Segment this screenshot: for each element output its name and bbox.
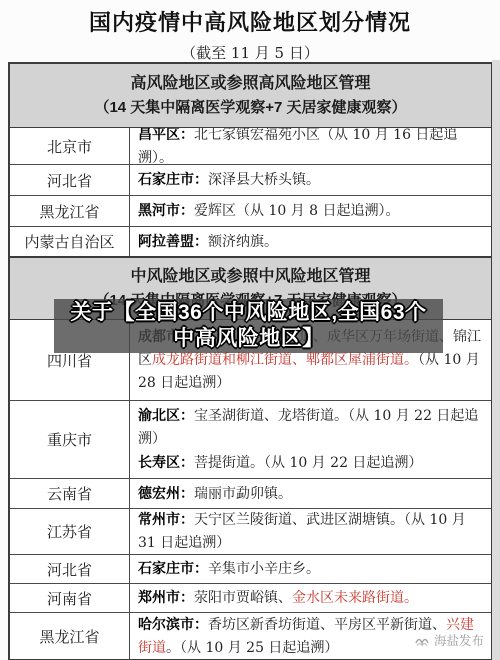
province-cell: 江苏省	[10, 509, 130, 554]
province-cell: 北京市	[10, 128, 130, 164]
province-cell: 云南省	[10, 479, 130, 508]
region-name: 黑河市：	[138, 202, 194, 218]
province-cell: 河北省	[10, 165, 130, 195]
detail-cell: 德宏州：瑞丽市勐卯镇。	[130, 480, 491, 508]
province-cell: 河北省	[10, 555, 130, 583]
high-risk-header-line2: （14 天集中隔离医学观察+7 天居家健康观察）	[94, 96, 406, 120]
region-name: 阿拉善盟：	[138, 233, 208, 249]
detail-cell: 阿拉善盟：额济纳旗。	[130, 228, 491, 256]
region-name: 德宏州：	[138, 485, 194, 501]
province-cell: 重庆市	[10, 401, 130, 478]
area-text: 额济纳旗。	[208, 234, 278, 250]
medium-risk-rows: 四川省成都市： 道、成华区万年场街道、锦江区成龙路街道和柳江街道、郫都区犀浦街道…	[10, 320, 491, 659]
area-text: 香坊区新香坊街道、平房区平新街道、	[208, 617, 446, 633]
wave-logo-icon	[414, 634, 430, 647]
table-row: 内蒙古自治区阿拉善盟：额济纳旗。	[10, 226, 491, 256]
detail-paragraph: 德宏州：瑞丽市勐卯镇。	[138, 482, 487, 506]
detail-paragraph: 石家庄市：辛集市小辛庄乡。	[138, 557, 487, 581]
region-name: 昌平区：	[138, 128, 194, 142]
detail-cell: 石家庄市：深泽县大桥头镇。	[130, 166, 491, 194]
table-row: 河北省石家庄市：深泽县大桥头镇。	[10, 164, 491, 195]
region-name: 石家庄市：	[138, 560, 208, 576]
area-text: 瑞丽市勐卯镇。	[194, 486, 292, 502]
region-name: 郑州市：	[138, 589, 194, 605]
area-text: 。（从 10 月 25 日起追溯）	[166, 640, 338, 656]
province-cell: 黑龙江省	[10, 613, 130, 659]
region-name: 常州市：	[138, 511, 194, 527]
area-text: 荥阳市贾峪镇、	[194, 590, 292, 606]
region-name: 石家庄市：	[138, 171, 208, 187]
region-name: 渝北区：	[138, 407, 194, 423]
medium-risk-header-line1: 中风险地区或参照中风险地区管理	[130, 264, 370, 289]
highlighted-area: 金水区未来路街道。	[292, 590, 418, 606]
table-row: 河南省郑州市：荥阳市贾峪镇、金水区未来路街道。	[10, 583, 491, 612]
photo-edge-strip	[492, 60, 500, 660]
detail-paragraph: 郑州市：荥阳市贾峪镇、金水区未来路街道。	[138, 586, 487, 610]
region-name: 长寿区：	[138, 454, 194, 470]
caption-line2: 中高风险地区】	[173, 326, 324, 352]
publisher-watermark: 海盐发布	[414, 631, 484, 649]
risk-area-table: 高风险地区或参照高风险地区管理 （14 天集中隔离医学观察+7 天居家健康观察）…	[8, 62, 493, 660]
high-risk-rows: 北京市昌平区：北七家镇宏福苑小区（从 10 月 16 日起追溯）。河北省石家庄市…	[10, 128, 491, 256]
table-row: 云南省德宏州：瑞丽市勐卯镇。	[10, 478, 491, 508]
highlighted-area: 成龙路街道和柳江街道、郫都区犀浦街道。	[152, 352, 418, 368]
detail-paragraph: 渝北区：宝圣湖街道、龙塔街道。（从 10 月 22 日起追溯）	[138, 404, 487, 451]
detail-cell: 昌平区：北七家镇宏福苑小区（从 10 月 16 日起追溯）。	[130, 128, 491, 164]
caption-line1: 关于【全国36个中风险地区,全国63个	[70, 300, 426, 326]
detail-paragraph: 黑河市：爱辉区（从 10 月 8 日起追溯）。	[138, 199, 487, 223]
area-text: 爱辉区（从 10 月 8 日起追溯）。	[194, 203, 400, 219]
detail-paragraph: 阿拉善盟：额济纳旗。	[138, 230, 487, 254]
detail-paragraph: 长寿区：菩提街道。（从 10 月 22 日起追溯）	[138, 451, 487, 475]
detail-cell: 常州市：天宁区兰陵街道、武进区湖塘镇。（从 10 月 31 日起追溯）	[130, 508, 491, 554]
watermark-text: 海盐发布	[434, 631, 484, 649]
table-row: 北京市昌平区：北七家镇宏福苑小区（从 10 月 16 日起追溯）。	[10, 128, 491, 164]
table-row: 江苏省常州市：天宁区兰陵街道、武进区湖塘镇。（从 10 月 31 日起追溯）	[10, 508, 491, 554]
page-subtitle: （截至 11 月 5 日）	[0, 42, 500, 63]
detail-cell: 渝北区：宝圣湖街道、龙塔街道。（从 10 月 22 日起追溯）长寿区：菩提街道。…	[130, 402, 491, 477]
detail-paragraph: 昌平区：北七家镇宏福苑小区（从 10 月 16 日起追溯）。	[138, 128, 487, 164]
high-risk-section-header: 高风险地区或参照高风险地区管理 （14 天集中隔离医学观察+7 天居家健康观察）	[10, 64, 491, 128]
province-cell: 黑龙江省	[10, 196, 130, 226]
detail-cell: 石家庄市：辛集市小辛庄乡。	[130, 555, 491, 583]
table-row: 黑龙江省黑河市：爱辉区（从 10 月 8 日起追溯）。	[10, 195, 491, 226]
infographic-page: 国内疫情中高风险地区划分情况 （截至 11 月 5 日） 高风险地区或参照高风险…	[0, 0, 500, 660]
area-text: 深泽县大桥头镇。	[208, 172, 320, 188]
page-title: 国内疫情中高风险地区划分情况	[0, 6, 500, 37]
province-cell: 内蒙古自治区	[10, 227, 130, 256]
area-text: 菩提街道。（从 10 月 22 日起追溯）	[194, 455, 422, 471]
detail-paragraph: 石家庄市：深泽县大桥头镇。	[138, 168, 487, 192]
detail-cell: 黑河市：爱辉区（从 10 月 8 日起追溯）。	[130, 197, 491, 225]
area-text: 辛集市小辛庄乡。	[208, 561, 320, 577]
detail-paragraph: 常州市：天宁区兰陵街道、武进区湖塘镇。（从 10 月 31 日起追溯）	[138, 508, 487, 554]
table-row: 河北省石家庄市：辛集市小辛庄乡。	[10, 554, 491, 583]
caption-overlay: 关于【全国36个中风险地区,全国63个 中高风险地区】	[54, 299, 443, 353]
detail-cell: 郑州市：荥阳市贾峪镇、金水区未来路街道。	[130, 584, 491, 612]
region-name: 哈尔滨市：	[138, 616, 208, 632]
high-risk-header-line1: 高风险地区或参照高风险地区管理	[130, 71, 370, 96]
table-row: 重庆市渝北区：宝圣湖街道、龙塔街道。（从 10 月 22 日起追溯）长寿区：菩提…	[10, 400, 491, 478]
province-cell: 河南省	[10, 584, 130, 612]
